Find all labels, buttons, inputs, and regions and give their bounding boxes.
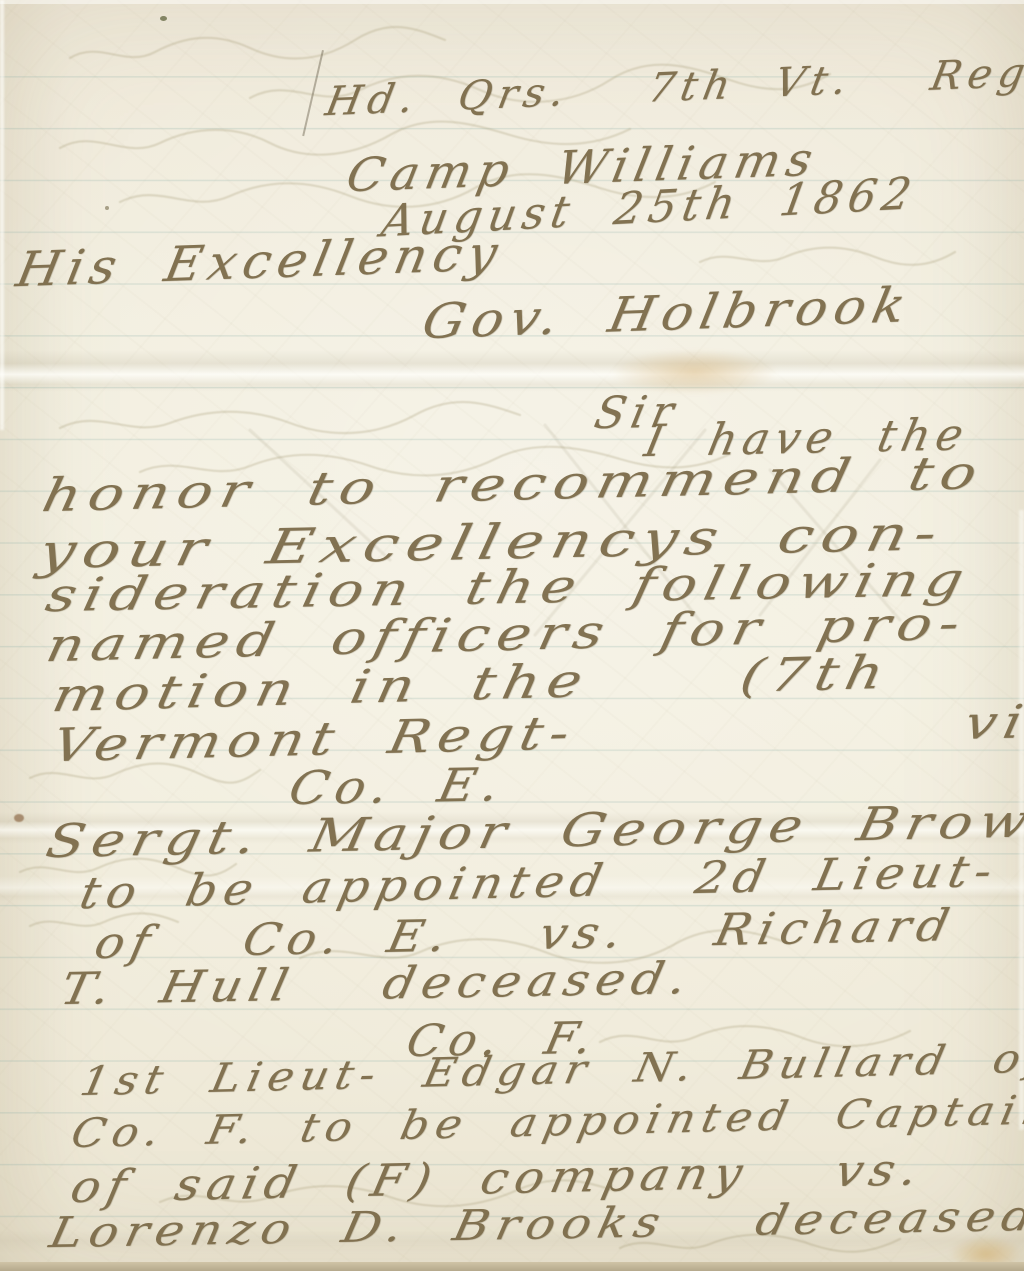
address-excellency-line: His Excellency xyxy=(13,229,508,294)
scan-edge-left xyxy=(0,0,4,430)
fold-crease-top xyxy=(0,350,1024,392)
body-line: Co. E. xyxy=(285,761,510,811)
heading-regiment-line: Hd. Qrs. 7th Vt. Regt. xyxy=(322,51,1024,123)
paper-speck xyxy=(160,16,167,21)
scratch-mark xyxy=(302,50,324,136)
address-governor-line: Gov. Holbrook xyxy=(419,281,916,346)
paper-speck xyxy=(14,814,24,822)
letter-document: Hd. Qrs. 7th Vt. Regt. Camp Williams Aug… xyxy=(0,0,1024,1271)
ink-stain-bottom xyxy=(950,1236,1022,1271)
paper-speck xyxy=(105,206,109,210)
scan-edge-bottom xyxy=(0,1262,1024,1271)
body-line: T. Hull deceased. xyxy=(57,957,698,1012)
scan-edge-top xyxy=(0,0,1024,4)
